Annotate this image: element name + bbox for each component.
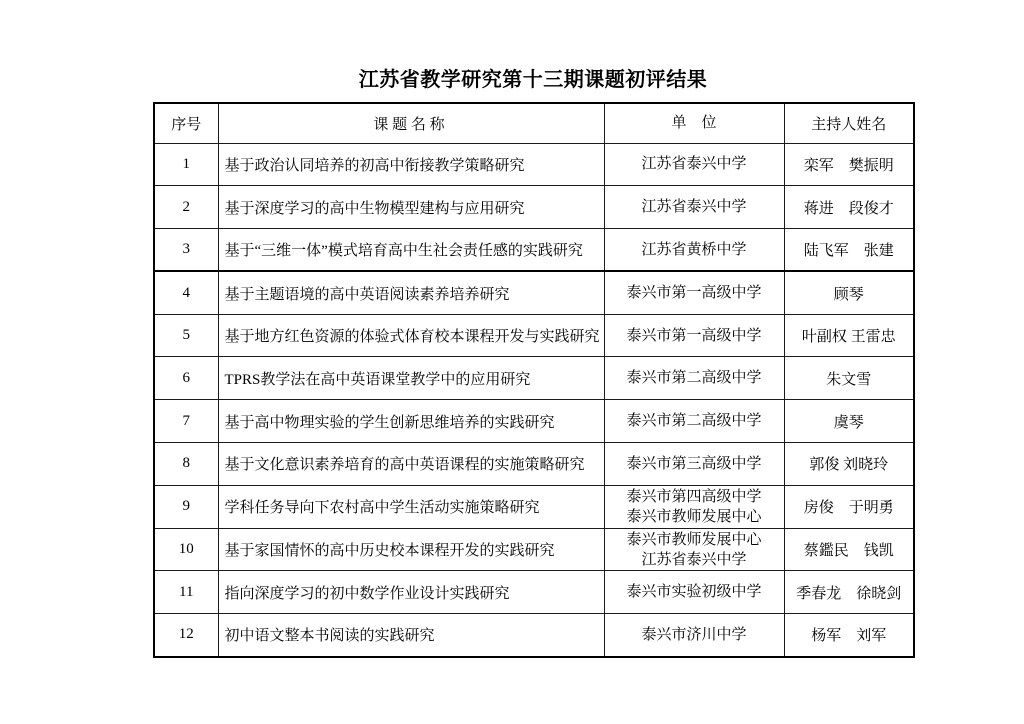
header-unit: 单 位 (604, 103, 784, 143)
cell-host: 栾军 樊振明 (784, 143, 914, 186)
cell-index: 6 (154, 357, 218, 400)
cell-host: 季春龙 徐晓剑 (784, 571, 914, 614)
table-row: 7 基于高中物理实验的学生创新思维培养的实践研究 泰兴市第二高级中学 虞琴 (154, 400, 914, 443)
table-row: 2 基于深度学习的高中生物模型建构与应用研究 江苏省泰兴中学 蒋进 段俊才 (154, 186, 914, 229)
cell-unit: 泰兴市第三高级中学 (604, 443, 784, 486)
table-row: 12 初中语文整本书阅读的实践研究 泰兴市济川中学 杨军 刘军 (154, 614, 914, 657)
cell-index: 9 (154, 485, 218, 528)
cell-host: 朱文雪 (784, 357, 914, 400)
cell-host: 郭俊 刘晓玲 (784, 443, 914, 486)
header-host-name: 主持人姓名 (784, 103, 914, 143)
cell-index: 11 (154, 571, 218, 614)
cell-index: 12 (154, 614, 218, 657)
cell-host: 蒋进 段俊才 (784, 186, 914, 229)
table-row: 4 基于主题语境的高中英语阅读素养培养研究 泰兴市第一高级中学 顾琴 (154, 271, 914, 314)
cell-topic-title: 基于家国情怀的高中历史校本课程开发的实践研究 (218, 528, 604, 571)
cell-unit: 泰兴市教师发展中心 江苏省泰兴中学 (604, 528, 784, 571)
cell-unit: 泰兴市实验初级中学 (604, 571, 784, 614)
cell-topic-title: 初中语文整本书阅读的实践研究 (218, 614, 604, 657)
cell-topic-title: TPRS教学法在高中英语课堂教学中的应用研究 (218, 357, 604, 400)
table-row: 3 基于“三维一体”模式培育高中生社会责任感的实践研究 江苏省黄桥中学 陆飞军 … (154, 229, 914, 272)
cell-unit: 泰兴市第二高级中学 (604, 400, 784, 443)
cell-unit: 江苏省泰兴中学 (604, 143, 784, 186)
header-topic-name: 课 题 名 称 (218, 103, 604, 143)
cell-host: 顾琴 (784, 271, 914, 314)
cell-index: 2 (154, 186, 218, 229)
table-row: 9 学科任务导向下农村高中学生活动实施策略研究 泰兴市第四高级中学 泰兴市教师发… (154, 485, 914, 528)
cell-index: 3 (154, 229, 218, 272)
cell-topic-title: 学科任务导向下农村高中学生活动实施策略研究 (218, 485, 604, 528)
cell-unit: 江苏省黄桥中学 (604, 229, 784, 272)
cell-index: 8 (154, 443, 218, 486)
cell-host: 房俊 于明勇 (784, 485, 914, 528)
cell-topic-title: 基于文化意识素养培育的高中英语课程的实施策略研究 (218, 443, 604, 486)
cell-unit: 泰兴市第一高级中学 (604, 271, 784, 314)
cell-unit: 江苏省泰兴中学 (604, 186, 784, 229)
table-row: 5 基于地方红色资源的体验式体育校本课程开发与实践研究 泰兴市第一高级中学 叶副… (154, 314, 914, 357)
table-header-row: 序号 课 题 名 称 单 位 主持人姓名 (154, 103, 914, 143)
cell-unit: 泰兴市第二高级中学 (604, 357, 784, 400)
page-title: 江苏省教学研究第十三期课题初评结果 (153, 63, 913, 92)
cell-topic-title: 指向深度学习的初中数学作业设计实践研究 (218, 571, 604, 614)
cell-unit: 泰兴市济川中学 (604, 614, 784, 657)
document-page: 江苏省教学研究第十三期课题初评结果 序号 课 题 名 称 单 位 主持人姓名 1… (0, 0, 1024, 724)
cell-index: 1 (154, 143, 218, 186)
cell-index: 5 (154, 314, 218, 357)
cell-host: 杨军 刘军 (784, 614, 914, 657)
cell-host: 叶副权 王雷忠 (784, 314, 914, 357)
cell-topic-title: 基于“三维一体”模式培育高中生社会责任感的实践研究 (218, 229, 604, 272)
cell-topic-title: 基于深度学习的高中生物模型建构与应用研究 (218, 186, 604, 229)
cell-topic-title: 基于地方红色资源的体验式体育校本课程开发与实践研究 (218, 314, 604, 357)
cell-unit: 泰兴市第一高级中学 (604, 314, 784, 357)
results-table: 序号 课 题 名 称 单 位 主持人姓名 1 基于政治认同培养的初高中衔接教学策… (153, 102, 915, 658)
cell-unit: 泰兴市第四高级中学 泰兴市教师发展中心 (604, 485, 784, 528)
cell-host: 陆飞军 张建 (784, 229, 914, 272)
cell-topic-title: 基于高中物理实验的学生创新思维培养的实践研究 (218, 400, 604, 443)
header-index: 序号 (154, 103, 218, 143)
cell-index: 7 (154, 400, 218, 443)
cell-host: 虞琴 (784, 400, 914, 443)
cell-topic-title: 基于主题语境的高中英语阅读素养培养研究 (218, 271, 604, 314)
table-row: 6 TPRS教学法在高中英语课堂教学中的应用研究 泰兴市第二高级中学 朱文雪 (154, 357, 914, 400)
cell-index: 10 (154, 528, 218, 571)
table-row: 1 基于政治认同培养的初高中衔接教学策略研究 江苏省泰兴中学 栾军 樊振明 (154, 143, 914, 186)
cell-topic-title: 基于政治认同培养的初高中衔接教学策略研究 (218, 143, 604, 186)
cell-index: 4 (154, 271, 218, 314)
table-row: 10 基于家国情怀的高中历史校本课程开发的实践研究 泰兴市教师发展中心 江苏省泰… (154, 528, 914, 571)
table-row: 11 指向深度学习的初中数学作业设计实践研究 泰兴市实验初级中学 季春龙 徐晓剑 (154, 571, 914, 614)
cell-host: 蔡鑑民 钱凯 (784, 528, 914, 571)
table-row: 8 基于文化意识素养培育的高中英语课程的实施策略研究 泰兴市第三高级中学 郭俊 … (154, 443, 914, 486)
